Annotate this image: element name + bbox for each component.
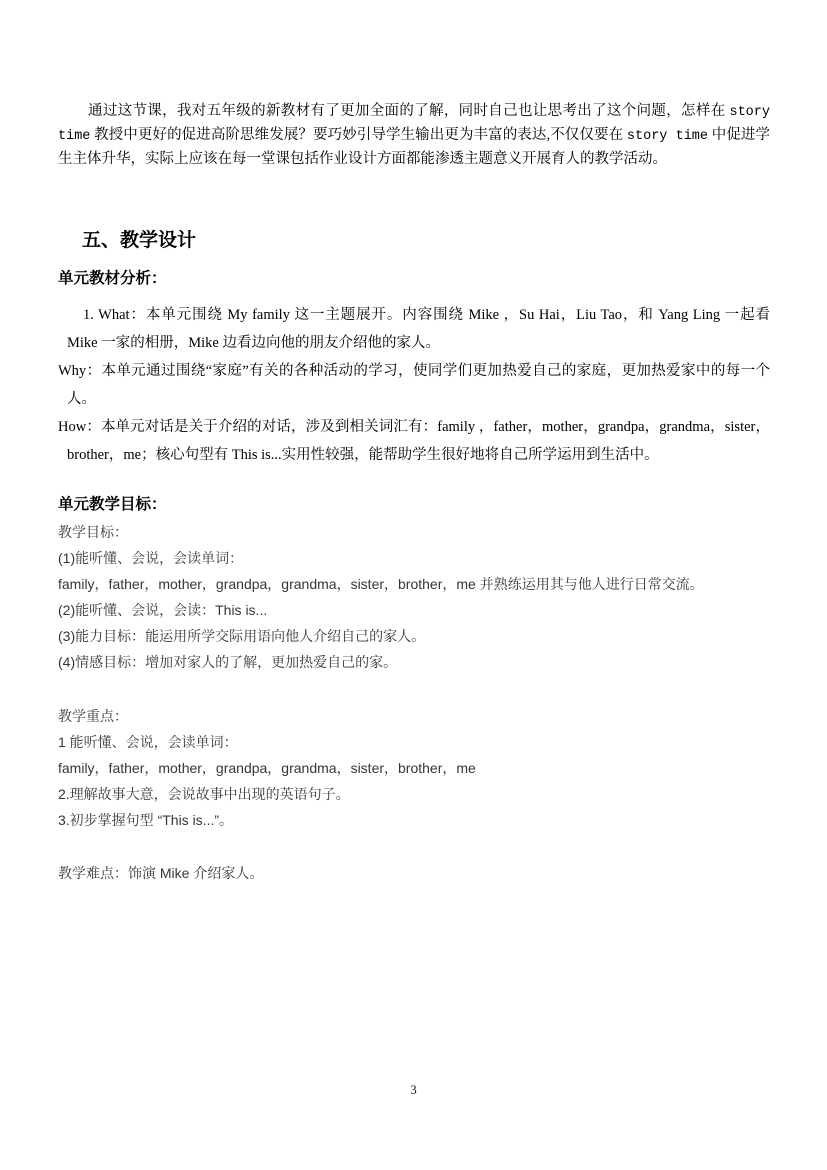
page-number: 3 [0,1082,827,1098]
key-point-item-1: 1 能听懂、会说，会读单词： [58,729,770,755]
goal-item-words: family，father，mother，grandpa，grandma，sis… [58,571,770,597]
key-points-label: 教学重点： [58,703,770,729]
goal-item-4: (4)情感目标：增加对家人的了解，更加热爱自己的家。 [58,649,770,675]
document-page: 通过这节课，我对五年级的新教材有了更加全面的了解，同时自己也让思考出了这个问题，… [0,0,827,1170]
unit-goals-title: 单元教学目标： [58,495,770,515]
section-heading: 五、教学设计 [82,230,770,252]
unit-analysis-why: Why：本单元通过围绕“家庭”有关的各种活动的学习，使同学们更加热爱自己的家庭，… [58,357,770,413]
key-point-item-3: 3.初步掌握句型 “This is...”。 [58,807,770,833]
story-time-term-2: story time [627,129,708,144]
unit-analysis-what: 1. What：本单元围绕 My family 这一主题展开。内容围绕 Mike… [58,301,770,357]
difficult-point: 教学难点：饰演 Mike 介绍家人。 [58,860,770,886]
goal-item-1: (1)能听懂、会说，会读单词： [58,545,770,571]
key-point-item-words: family，father，mother，grandpa，grandma，sis… [58,755,770,781]
goal-item-2: (2)能听懂、会说，会读：This is... [58,597,770,623]
document-content: 通过这节课，我对五年级的新教材有了更加全面的了解，同时自己也让思考出了这个问题，… [58,100,770,886]
intro-paragraph: 通过这节课，我对五年级的新教材有了更加全面的了解，同时自己也让思考出了这个问题，… [58,100,770,171]
teaching-goals-label: 教学目标： [58,519,770,545]
unit-analysis-title: 单元教材分析： [58,269,770,289]
key-point-item-2: 2.理解故事大意，会说故事中出现的英语句子。 [58,781,770,807]
intro-text-segment-1: 通过这节课，我对五年级的新教材有了更加全面的了解，同时自己也让思考出了这个问题，… [88,103,729,119]
goal-item-3: (3)能力目标：能运用所学交际用语向他人介绍自己的家人。 [58,623,770,649]
unit-analysis-how: How：本单元对话是关于介绍的对话，涉及到相关词汇有：family ，fathe… [58,413,770,469]
intro-text-segment-2: 教授中更好的促进高阶思维发展？要巧妙引导学生输出更为丰富的表达,不仅仅要在 [90,127,627,143]
